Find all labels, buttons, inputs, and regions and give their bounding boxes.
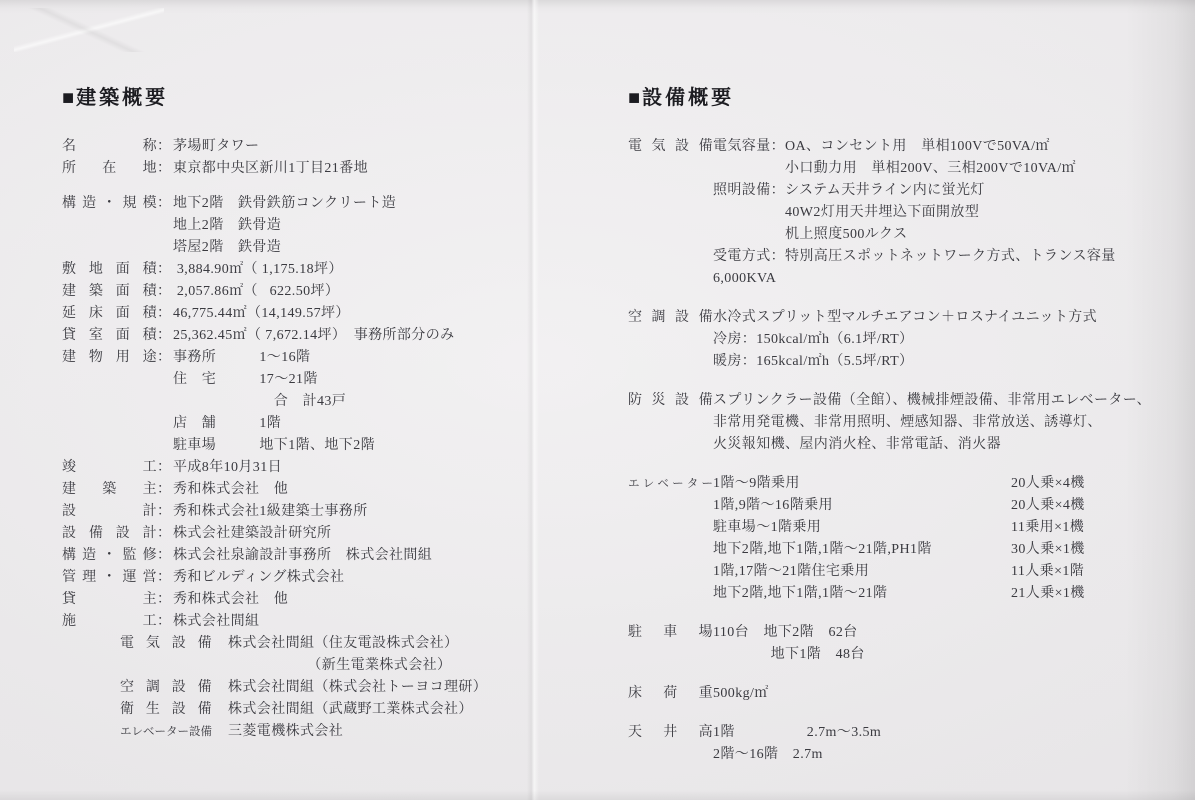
spec-label: 設備設計 xyxy=(62,523,157,545)
contractor-value: 株式会社間組（武蔵野工業株式会社） xyxy=(228,699,473,721)
spec-colon: ： xyxy=(157,589,173,611)
spec-colon xyxy=(157,237,173,259)
spec-colon: ： xyxy=(157,303,173,325)
spec-colon: ： xyxy=(157,158,173,180)
equip-label-spacer xyxy=(628,495,713,517)
equip-label: 空調設備 xyxy=(628,307,713,329)
contractor-label xyxy=(120,655,212,677)
spec-row-usage-cont: 店 舗 1階 xyxy=(62,413,614,435)
equip-row-parking-cont: 地下1階 48台 xyxy=(628,644,1168,666)
spec-value: 秀和株式会社 他 xyxy=(173,589,288,611)
equip-value: 火災報知機、屋内消火栓、非常電話、消火器 xyxy=(713,434,1001,456)
equipment-overview-title-text: 設備概要 xyxy=(642,87,734,109)
elevator-row: 1階,17階～21階住宅乗用11人乗×1階 xyxy=(628,561,1168,583)
equip-row-ceiling-height: 天井高1階 2.7m～3.5m xyxy=(628,722,1168,744)
spec-value: 塔屋2階 鉄骨造 xyxy=(173,237,281,259)
equip-row-electric-cont: 小口動力用 単相200V、三相200Vで10VA/㎡ xyxy=(628,158,1168,180)
square-bullet-icon: ■ xyxy=(628,87,640,109)
spec-colon xyxy=(157,435,173,457)
spec-value: 事務所 1～16階 xyxy=(173,347,310,369)
spec-row-design: 設計：秀和株式会社1級建築士事務所 xyxy=(62,501,614,523)
spec-colon xyxy=(157,413,173,435)
spec-row-lessor: 貸主：秀和株式会社 他 xyxy=(62,589,614,611)
equipment-overview-section: ■設備概要 電気設備電気容量：OA、コンセント用 単相100Vで50VA/㎡ 小… xyxy=(628,86,1168,766)
spec-value: 東京都中央区新川1丁目21番地 xyxy=(173,158,368,180)
equip-row-electric-cont: 受電方式：特別高圧スポットネットワーク方式、トランス容量6,000KVA xyxy=(628,246,1168,290)
spec-row-management: 管理・運営：秀和ビルディング株式会社 xyxy=(62,567,614,589)
equip-label: 防災設備 xyxy=(628,390,713,412)
elevator-spec: 30人乗×1機 xyxy=(1011,539,1085,561)
elevator-row: 地下2階,地下1階,1階～21階,PH1階30人乗×1機 xyxy=(628,539,1168,561)
equip-label-spacer xyxy=(628,351,713,373)
spec-colon: ： xyxy=(157,136,173,158)
spec-colon xyxy=(157,391,173,413)
equip-label-spacer xyxy=(628,412,713,434)
spec-value: 店 舗 1階 xyxy=(173,413,281,435)
contractor-value: （新生電業株式会社） xyxy=(228,655,451,677)
spec-label: 貸室面積 xyxy=(62,325,157,347)
spec-label: 設計 xyxy=(62,501,157,523)
spec-row-name: 名称：茅場町タワー xyxy=(62,136,614,158)
spec-colon: ： xyxy=(157,281,173,303)
equip-label-spacer xyxy=(628,561,713,583)
spec-colon: ： xyxy=(157,545,173,567)
contractor-row-electrical-cont: （新生電業株式会社） xyxy=(120,655,614,677)
elevator-spec: 11乗用×1機 xyxy=(1011,517,1084,539)
contractor-row-hvac: 空調設備株式会社間組（株式会社トーヨコ理研） xyxy=(120,677,614,699)
contractor-label: 電気設備 xyxy=(120,633,212,655)
spec-colon: ： xyxy=(157,479,173,501)
spec-label: 建物用途 xyxy=(62,347,157,369)
equip-value: スプリンクラー設備（全館）、機械排煙設備、非常用エレベーター、 xyxy=(713,390,1151,412)
spec-label: 延床面積 xyxy=(62,303,157,325)
spec-value: 3,884.90㎡（ 1,175.18坪） xyxy=(173,259,343,281)
spec-colon: ： xyxy=(157,325,173,347)
spec-label: 建築主 xyxy=(62,479,157,501)
spec-row-rentable-area: 貸室面積：25,362.45㎡（ 7,672.14坪） 事務所部分のみ xyxy=(62,325,614,347)
spec-row-constructor: 施工：株式会社間組 xyxy=(62,611,614,633)
spec-value: 平成8年10月31日 xyxy=(173,457,282,479)
elevator-usage: 1階,9階～16階乗用 xyxy=(713,495,1011,517)
spec-colon: ： xyxy=(157,193,173,215)
equip-label-spacer xyxy=(628,539,713,561)
equip-value: 2階～16階 2.7m xyxy=(713,744,823,766)
equip-value: 受電方式：特別高圧スポットネットワーク方式、トランス容量6,000KVA xyxy=(713,246,1168,290)
equip-label-spacer xyxy=(628,246,713,290)
spec-colon: ： xyxy=(157,347,173,369)
spec-value: 2,057.86㎡（ 622.50坪） xyxy=(173,281,339,303)
spec-row-usage-cont: 合 計43戸 xyxy=(62,391,614,413)
spec-colon: ： xyxy=(157,259,173,281)
equip-label: 床荷重 xyxy=(628,683,713,705)
spec-colon: ： xyxy=(157,457,173,479)
equip-label: 電気設備 xyxy=(628,136,713,158)
spec-row-site-area: 敷地面積： 3,884.90㎡（ 1,175.18坪） xyxy=(62,259,614,281)
equip-label-spacer xyxy=(628,158,713,180)
spec-value: 駐車場 地下1階、地下2階 xyxy=(173,435,375,457)
contractor-row-sanitary: 衛生設備株式会社間組（武蔵野工業株式会社） xyxy=(120,699,614,721)
equip-value: 暖房：165kcal/㎡h（5.5坪/RT） xyxy=(713,351,913,373)
spec-label: 名称 xyxy=(62,136,157,158)
spec-value: 合 計43戸 xyxy=(173,391,346,413)
elevator-spec: 20人乗×4機 xyxy=(1011,473,1085,495)
spec-label: 所在地 xyxy=(62,158,157,180)
equip-row-electric-cont: 40W2灯用天井埋込下面開放型 xyxy=(628,202,1168,224)
spec-label: 建築面積 xyxy=(62,281,157,303)
building-overview-section: ■建築概要 名称：茅場町タワー 所在地：東京都中央区新川1丁目21番地 構造・規… xyxy=(62,86,614,743)
equip-value: 1階 2.7m～3.5m xyxy=(713,722,881,744)
elevator-spec: 21人乗×1機 xyxy=(1011,583,1085,605)
spec-value: 秀和ビルディング株式会社 xyxy=(173,567,344,589)
spec-colon: ： xyxy=(157,567,173,589)
equip-value: 110台 地下2階 62台 xyxy=(713,622,858,644)
elevator-usage: 1階～9階乗用 xyxy=(713,473,1011,495)
equip-value: 電気容量：OA、コンセント用 単相100Vで50VA/㎡ xyxy=(713,136,1050,158)
spec-row-address: 所在地：東京都中央区新川1丁目21番地 xyxy=(62,158,614,180)
equip-row-fire: 防災設備スプリンクラー設備（全館）、機械排煙設備、非常用エレベーター、 xyxy=(628,390,1168,412)
spec-label xyxy=(62,391,157,413)
spec-value: 地上2階 鉄骨造 xyxy=(173,215,281,237)
spec-colon xyxy=(157,369,173,391)
equip-row-fire-cont: 非常用発電機、非常用照明、煙感知器、非常放送、誘導灯、 xyxy=(628,412,1168,434)
equip-label-spacer xyxy=(628,434,713,456)
spec-value: 住 宅 17～21階 xyxy=(173,369,318,391)
equip-row-hvac-cont: 暖房：165kcal/㎡h（5.5坪/RT） xyxy=(628,351,1168,373)
spec-label: 構造・規模 xyxy=(62,193,157,215)
contractor-value: 株式会社間組（住友電設株式会社） xyxy=(228,633,458,655)
equip-label: 天井高 xyxy=(628,722,713,744)
spec-label: 敷地面積 xyxy=(62,259,157,281)
spec-row-usage: 建物用途：事務所 1～16階 xyxy=(62,347,614,369)
equip-row-electric-cont: 机上照度500ルクス xyxy=(628,224,1168,246)
spec-label: 貸主 xyxy=(62,589,157,611)
spec-value: 46,775.44㎡（14,149.57坪） xyxy=(173,303,350,325)
building-overview-title: ■建築概要 xyxy=(62,86,614,110)
elevator-usage: 地下2階,地下1階,1階～21階 xyxy=(713,583,1011,605)
spec-label: 竣工 xyxy=(62,457,157,479)
spec-row-structure-cont: 地上2階 鉄骨造 xyxy=(62,215,614,237)
equip-row-floor-load: 床荷重500kg/㎡ xyxy=(628,683,1168,705)
elevator-spec: 11人乗×1階 xyxy=(1011,561,1084,583)
equip-row-hvac: 空調設備水冷式スプリット型マルチエアコン＋ロスナイユニット方式 xyxy=(628,307,1168,329)
contractor-row-elevator: エレベーター設備三菱電機株式会社 xyxy=(120,721,614,743)
spec-row-building-area: 建築面積： 2,057.86㎡（ 622.50坪） xyxy=(62,281,614,303)
contractor-label: 衛生設備 xyxy=(120,699,212,721)
elevator-spec: 20人乗×4機 xyxy=(1011,495,1085,517)
spec-label xyxy=(62,369,157,391)
spec-colon: ： xyxy=(157,501,173,523)
elevator-usage: 1階,17階～21階住宅乗用 xyxy=(713,561,1011,583)
spec-row-owner: 建築主：秀和株式会社 他 xyxy=(62,479,614,501)
equip-value: 照明設備：システム天井ライン内に蛍光灯 xyxy=(713,180,985,202)
equip-row-hvac-cont: 冷房：150kcal/㎡h（6.1坪/RT） xyxy=(628,329,1168,351)
building-overview-title-text: 建築概要 xyxy=(76,87,168,109)
spec-row-structure: 構造・規模：地下2階 鉄骨鉄筋コンクリート造 xyxy=(62,193,614,215)
contractor-row-electrical: 電気設備株式会社間組（住友電設株式会社） xyxy=(120,633,614,655)
equip-row-ceiling-height-cont: 2階～16階 2.7m xyxy=(628,744,1168,766)
elevator-row: エレベーター1階～9階乗用20人乗×4機 xyxy=(628,473,1168,495)
equip-label: 駐車場 xyxy=(628,622,713,644)
spec-label: 構造・監修 xyxy=(62,545,157,567)
spec-value: 地下2階 鉄骨鉄筋コンクリート造 xyxy=(173,193,396,215)
equip-value: 500kg/㎡ xyxy=(713,683,769,705)
spec-label xyxy=(62,215,157,237)
spec-row-structure-cont: 塔屋2階 鉄骨造 xyxy=(62,237,614,259)
square-bullet-icon: ■ xyxy=(62,87,74,109)
spec-label: 管理・運営 xyxy=(62,567,157,589)
equip-row-electric: 電気設備電気容量：OA、コンセント用 単相100Vで50VA/㎡ xyxy=(628,136,1168,158)
equip-label-spacer xyxy=(628,583,713,605)
spec-row-total-floor-area: 延床面積：46,775.44㎡（14,149.57坪） xyxy=(62,303,614,325)
equip-label-spacer xyxy=(628,224,713,246)
spec-label: 施工 xyxy=(62,611,157,633)
spec-row-completion: 竣工：平成8年10月31日 xyxy=(62,457,614,479)
elevator-row: 1階,9階～16階乗用20人乗×4機 xyxy=(628,495,1168,517)
equip-value: 水冷式スプリット型マルチエアコン＋ロスナイユニット方式 xyxy=(713,307,1097,329)
spec-colon: ： xyxy=(157,523,173,545)
equip-label-spacer xyxy=(628,180,713,202)
elevator-usage: 駐車場～1階乗用 xyxy=(713,517,1011,539)
spec-row-equipment-design: 設備設計：株式会社建築設計研究所 xyxy=(62,523,614,545)
spec-value: 株式会社間組 xyxy=(173,611,259,633)
contractor-label: 空調設備 xyxy=(120,677,212,699)
equip-label-spacer xyxy=(628,744,713,766)
spec-colon xyxy=(157,215,173,237)
spec-label xyxy=(62,435,157,457)
spec-label xyxy=(62,237,157,259)
elevator-usage: 地下2階,地下1階,1階～21階,PH1階 xyxy=(713,539,1011,561)
equip-label-spacer xyxy=(628,644,713,666)
spec-label xyxy=(62,413,157,435)
spec-row-usage-cont: 駐車場 地下1階、地下2階 xyxy=(62,435,614,457)
equip-value: 非常用発電機、非常用照明、煙感知器、非常放送、誘導灯、 xyxy=(713,412,1102,434)
spec-value: 株式会社建築設計研究所 xyxy=(173,523,331,545)
equip-label-spacer xyxy=(628,329,713,351)
equip-row-electric-cont: 照明設備：システム天井ライン内に蛍光灯 xyxy=(628,180,1168,202)
contractor-label: エレベーター設備 xyxy=(120,721,212,743)
spec-value: 25,362.45㎡（ 7,672.14坪） 事務所部分のみ xyxy=(173,325,455,347)
equip-row-fire-cont: 火災報知機、屋内消火栓、非常電話、消火器 xyxy=(628,434,1168,456)
spec-value: 秀和株式会社 他 xyxy=(173,479,288,501)
equip-label: エレベーター xyxy=(628,473,713,495)
spec-row-usage-cont: 住 宅 17～21階 xyxy=(62,369,614,391)
elevator-row: 駐車場～1階乗用11乗用×1機 xyxy=(628,517,1168,539)
equipment-overview-title: ■設備概要 xyxy=(628,86,1168,110)
equip-value: 地下1階 48台 xyxy=(713,644,865,666)
equip-value: 冷房：150kcal/㎡h（6.1坪/RT） xyxy=(713,329,913,351)
equip-label-spacer xyxy=(628,202,713,224)
equip-value: 40W2灯用天井埋込下面開放型 xyxy=(713,202,979,224)
spec-value: 秀和株式会社1級建築士事務所 xyxy=(173,501,368,523)
equip-row-parking: 駐車場110台 地下2階 62台 xyxy=(628,622,1168,644)
equip-value: 小口動力用 単相200V、三相200Vで10VA/㎡ xyxy=(713,158,1076,180)
contractor-value: 三菱電機株式会社 xyxy=(228,721,343,743)
spec-row-structural-supervision: 構造・監修：株式会社泉諭設計事務所 株式会社間組 xyxy=(62,545,614,567)
contractor-value: 株式会社間組（株式会社トーヨコ理研） xyxy=(228,677,487,699)
equip-value: 机上照度500ルクス xyxy=(713,224,908,246)
elevator-row: 地下2階,地下1階,1階～21階21人乗×1機 xyxy=(628,583,1168,605)
scanned-document-page: { "paper": { "background": "#ebe9eb", "t… xyxy=(0,0,1195,800)
spec-value: 茅場町タワー xyxy=(173,136,259,158)
spec-colon: ： xyxy=(157,611,173,633)
equip-label-spacer xyxy=(628,517,713,539)
spec-value: 株式会社泉諭設計事務所 株式会社間組 xyxy=(173,545,432,567)
